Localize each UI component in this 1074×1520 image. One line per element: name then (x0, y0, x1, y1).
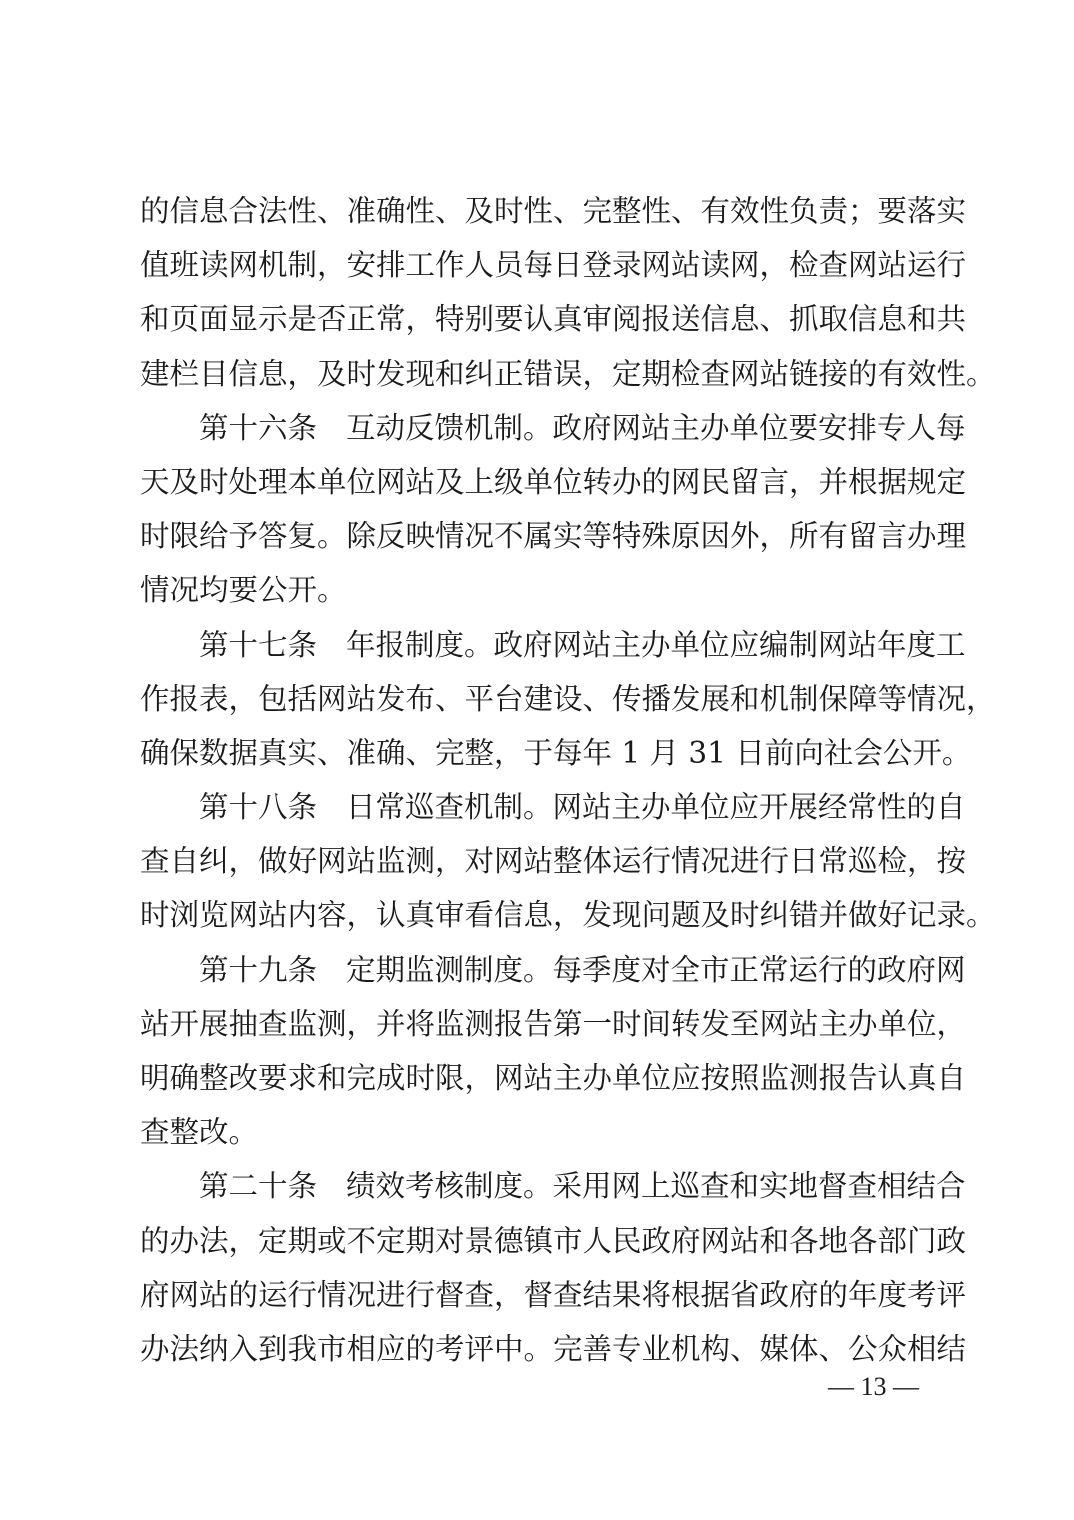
article-first-line: 第十七条年报制度。政府网站主办单位应编制网站年度工 (140, 618, 938, 672)
article-18: 第十八条日常巡查机制。网站主办单位应开展经常性的自 查自纠，做好网站监测，对网站… (140, 780, 938, 943)
text-line: 建栏目信息，及时发现和纠正错误，定期检查网站链接的有效性。 (140, 347, 938, 401)
article-number: 第十八条 (199, 790, 317, 824)
article-text: 定期监测制度。每季度对全市正常运行的政府网 (346, 953, 966, 987)
page-number: — 13 — (828, 1372, 919, 1402)
article-number: 第十六条 (199, 411, 317, 445)
article-first-line: 第十八条日常巡查机制。网站主办单位应开展经常性的自 (140, 780, 938, 834)
text-line: 查自纠，做好网站监测，对网站整体运行情况进行日常巡检，按 (140, 834, 938, 888)
text-line: 明确整改要求和完成时限，网站主办单位应按照监测报告认真自 (140, 1051, 938, 1105)
article-text: 绩效考核制度。采用网上巡查和实地督查相结合 (346, 1169, 966, 1203)
article-number: 第十七条 (199, 628, 317, 662)
article-first-line: 第二十条绩效考核制度。采用网上巡查和实地督查相结合 (140, 1159, 938, 1213)
document-page: 的信息合法性、准确性、及时性、完整性、有效性负责；要落实 值班读网机制，安排工作… (140, 184, 938, 1376)
article-text: 互动反馈机制。政府网站主办单位要安排专人每 (346, 411, 966, 445)
text-line: 府网站的运行情况进行督查，督查结果将根据省政府的年度考评 (140, 1268, 938, 1322)
text-line: 办法纳入到我市相应的考评中。完善专业机构、媒体、公众相结 (140, 1322, 938, 1376)
article-text: 年报制度。政府网站主办单位应编制网站年度工 (346, 628, 966, 662)
article-16: 第十六条互动反馈机制。政府网站主办单位要安排专人每 天及时处理本单位网站及上级单… (140, 401, 938, 618)
article-number: 第十九条 (199, 953, 317, 987)
text-line: 时浏览网站内容，认真审看信息，发现问题及时纠错并做好记录。 (140, 888, 938, 942)
text-line: 值班读网机制，安排工作人员每日登录网站读网，检查网站运行 (140, 238, 938, 292)
article-20: 第二十条绩效考核制度。采用网上巡查和实地督查相结合 的办法，定期或不定期对景德镇… (140, 1159, 938, 1376)
text-line: 查整改。 (140, 1105, 938, 1159)
text-line: 的办法，定期或不定期对景德镇市人民政府网站和各地各部门政 (140, 1214, 938, 1268)
article-number: 第二十条 (199, 1169, 317, 1203)
text-line: 作报表，包括网站发布、平台建设、传播发展和机制保障等情况， (140, 672, 938, 726)
article-first-line: 第十六条互动反馈机制。政府网站主办单位要安排专人每 (140, 401, 938, 455)
text-line: 天及时处理本单位网站及上级单位转办的网民留言，并根据规定 (140, 455, 938, 509)
article-19: 第十九条定期监测制度。每季度对全市正常运行的政府网 站开展抽查监测，并将监测报告… (140, 943, 938, 1160)
article-17: 第十七条年报制度。政府网站主办单位应编制网站年度工 作报表，包括网站发布、平台建… (140, 618, 938, 781)
paragraph-continuation: 的信息合法性、准确性、及时性、完整性、有效性负责；要落实 值班读网机制，安排工作… (140, 184, 938, 401)
text-line: 站开展抽查监测，并将监测报告第一时间转发至网站主办单位， (140, 997, 938, 1051)
article-first-line: 第十九条定期监测制度。每季度对全市正常运行的政府网 (140, 943, 938, 997)
text-line: 和页面显示是否正常，特别要认真审阅报送信息、抓取信息和共 (140, 292, 938, 346)
article-text: 日常巡查机制。网站主办单位应开展经常性的自 (346, 790, 966, 824)
text-line: 确保数据真实、准确、完整，于每年 1 月 31 日前向社会公开。 (140, 726, 938, 780)
text-line: 的信息合法性、准确性、及时性、完整性、有效性负责；要落实 (140, 184, 938, 238)
text-line: 情况均要公开。 (140, 563, 938, 617)
text-line: 时限给予答复。除反映情况不属实等特殊原因外，所有留言办理 (140, 509, 938, 563)
